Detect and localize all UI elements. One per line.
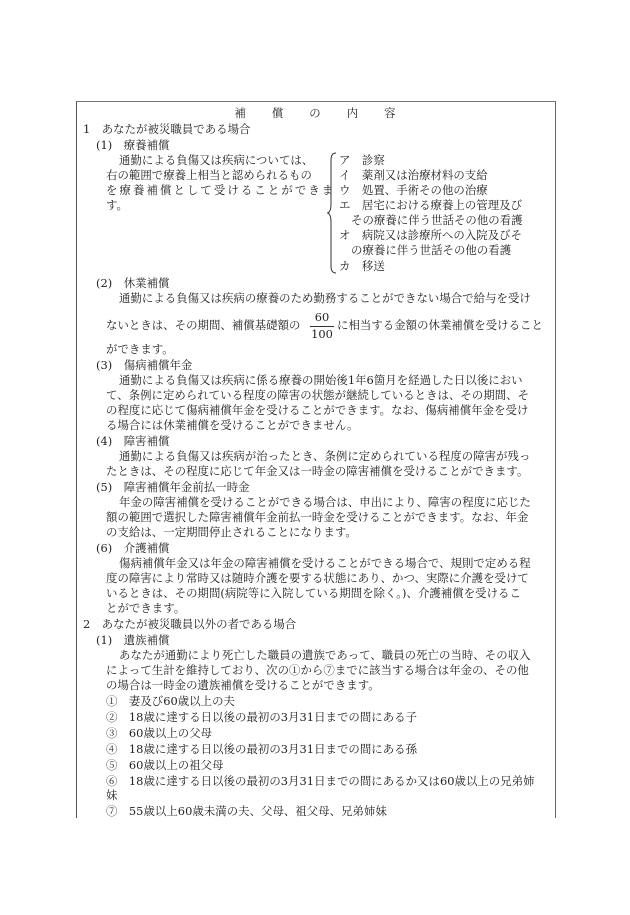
- subsection-heading: (1) 療養補償: [96, 138, 170, 152]
- list-item: その療養に伴う世話その他の看護: [351, 213, 523, 227]
- eligibility-item: ② 18歳に達する日以後の最初の3月31日までの間にある子: [106, 710, 417, 724]
- list-item: カ 移送: [339, 259, 385, 273]
- body-text: とができます。: [106, 601, 185, 615]
- body-text: に相当する金額の休業補償を受けること: [337, 318, 543, 332]
- body-text: 度の障害により常時又は随時介護を要する状態にあり、かつ、実際に介護を受けて: [106, 571, 529, 585]
- body-text: いるときは、その期間(病院等に入院している期間を除く。)、介護補償を受けるこ: [106, 586, 521, 600]
- fraction-denominator: 100: [310, 328, 334, 341]
- eligibility-item: ① 妻及び60歳以上の夫: [106, 694, 235, 708]
- subsection-heading: (2) 休業補償: [96, 276, 170, 290]
- curly-brace-icon: [327, 152, 337, 274]
- body-text: を療養補償として受けることができま: [106, 183, 335, 197]
- section-1-heading: 1 あなたが被災職員である場合: [83, 122, 250, 136]
- section-2-heading: 2 あなたが被災職員以外の者である場合: [83, 617, 296, 631]
- eligibility-item: ⑦ 55歳以上60歳未満の夫、父母、祖父母、兄弟姉妹: [106, 804, 387, 818]
- title-char: 償: [272, 106, 283, 120]
- eligibility-item: ⑤ 60歳以上の祖父母: [106, 758, 224, 772]
- list-item: ア 診察: [339, 153, 385, 167]
- list-item: ウ 処置、手術その他の治療: [339, 183, 488, 197]
- body-text: 額の範囲で選択した障害補償年金前払一時金を受けることができます。なお、年金: [106, 510, 528, 524]
- title-char: の: [309, 106, 320, 120]
- body-text: 右の範囲で療養上相当と認められるもの: [106, 168, 312, 182]
- subsection-heading: (1) 遺族補償: [96, 633, 170, 647]
- eligibility-item: ④ 18歳に達する日以後の最初の3月31日までの間にある孫: [106, 742, 417, 756]
- list-item: オ 病院又は診療所への入院及びそ: [339, 228, 522, 242]
- body-text: の程度に応じて傷病補償年金を受けることができます。なお、傷病補償年金を受け: [106, 403, 528, 417]
- list-item: エ 居宅における療養上の管理及び: [339, 198, 522, 212]
- body-text: 通勤による負傷又は疾病が治ったとき、条例に定められている程度の障害が残っ: [119, 449, 530, 463]
- body-text: の支給は、一定期間停止されることになります。: [106, 525, 357, 539]
- title-char: 容: [384, 106, 395, 120]
- title-char: 補: [234, 106, 245, 120]
- body-text: 通勤による負傷又は疾病については、: [119, 153, 313, 167]
- body-text: す。: [106, 198, 128, 212]
- body-text: たときは、その程度に応じて年金又は一時金の障害補償を受けることができます。: [106, 464, 528, 478]
- body-text: ないときは、その期間、補償基礎額の: [106, 318, 301, 332]
- body-text: る場合には休業補償を受けることができません。: [106, 418, 358, 432]
- list-item: イ 薬剤又は治療材料の支給: [339, 168, 488, 182]
- body-text: の場合は一時金の遺族補償を受けることができます。: [106, 678, 380, 692]
- body-text: 通勤による負傷又は疾病の療養のため勤務することができない場合で給与を受け: [119, 291, 531, 305]
- list-item: の療養に伴う世話その他の看護: [351, 243, 511, 257]
- fraction-numerator: 60: [310, 311, 334, 324]
- body-text: 通勤による負傷又は疾病に係る療養の開始後1年6箇月を経過した日以後におい: [119, 373, 523, 387]
- body-text: 傷病補償年金又は年金の障害補償を受けることができる場合で、規則で定める程: [119, 556, 531, 570]
- body-text: ができます。: [106, 342, 174, 356]
- body-text: あなたが通勤により死亡した職員の遺族であって、職員の死亡の当時、その収入: [119, 648, 531, 662]
- page-title: 補償の内容: [0, 106, 630, 120]
- eligibility-item: ③ 60歳以上の父母: [106, 726, 212, 740]
- body-text: によって生計を維持しており、次の①から⑦までに該当する場合は年金の、その他: [106, 663, 529, 677]
- eligibility-item-continuation: 妹: [106, 788, 117, 802]
- subsection-heading: (3) 傷病補償年金: [96, 358, 192, 372]
- fraction: 60 100: [310, 311, 334, 341]
- eligibility-item: ⑥ 18歳に達する日以後の最初の3月31日までの間にあるか又は60歳以上の兄弟姉: [106, 774, 535, 788]
- body-text: て、条例に定められている程度の障害の状態が継続しているときは、その期間、そ: [106, 388, 529, 402]
- title-char: 内: [347, 106, 358, 120]
- body-text: 年金の障害補償を受けることができる場合は、申出により、障害の程度に応じた: [119, 495, 531, 509]
- subsection-heading: (5) 障害補償年金前払一時金: [96, 480, 250, 494]
- subsection-heading: (4) 障害補償: [96, 434, 170, 448]
- subsection-heading: (6) 介護補償: [96, 541, 170, 555]
